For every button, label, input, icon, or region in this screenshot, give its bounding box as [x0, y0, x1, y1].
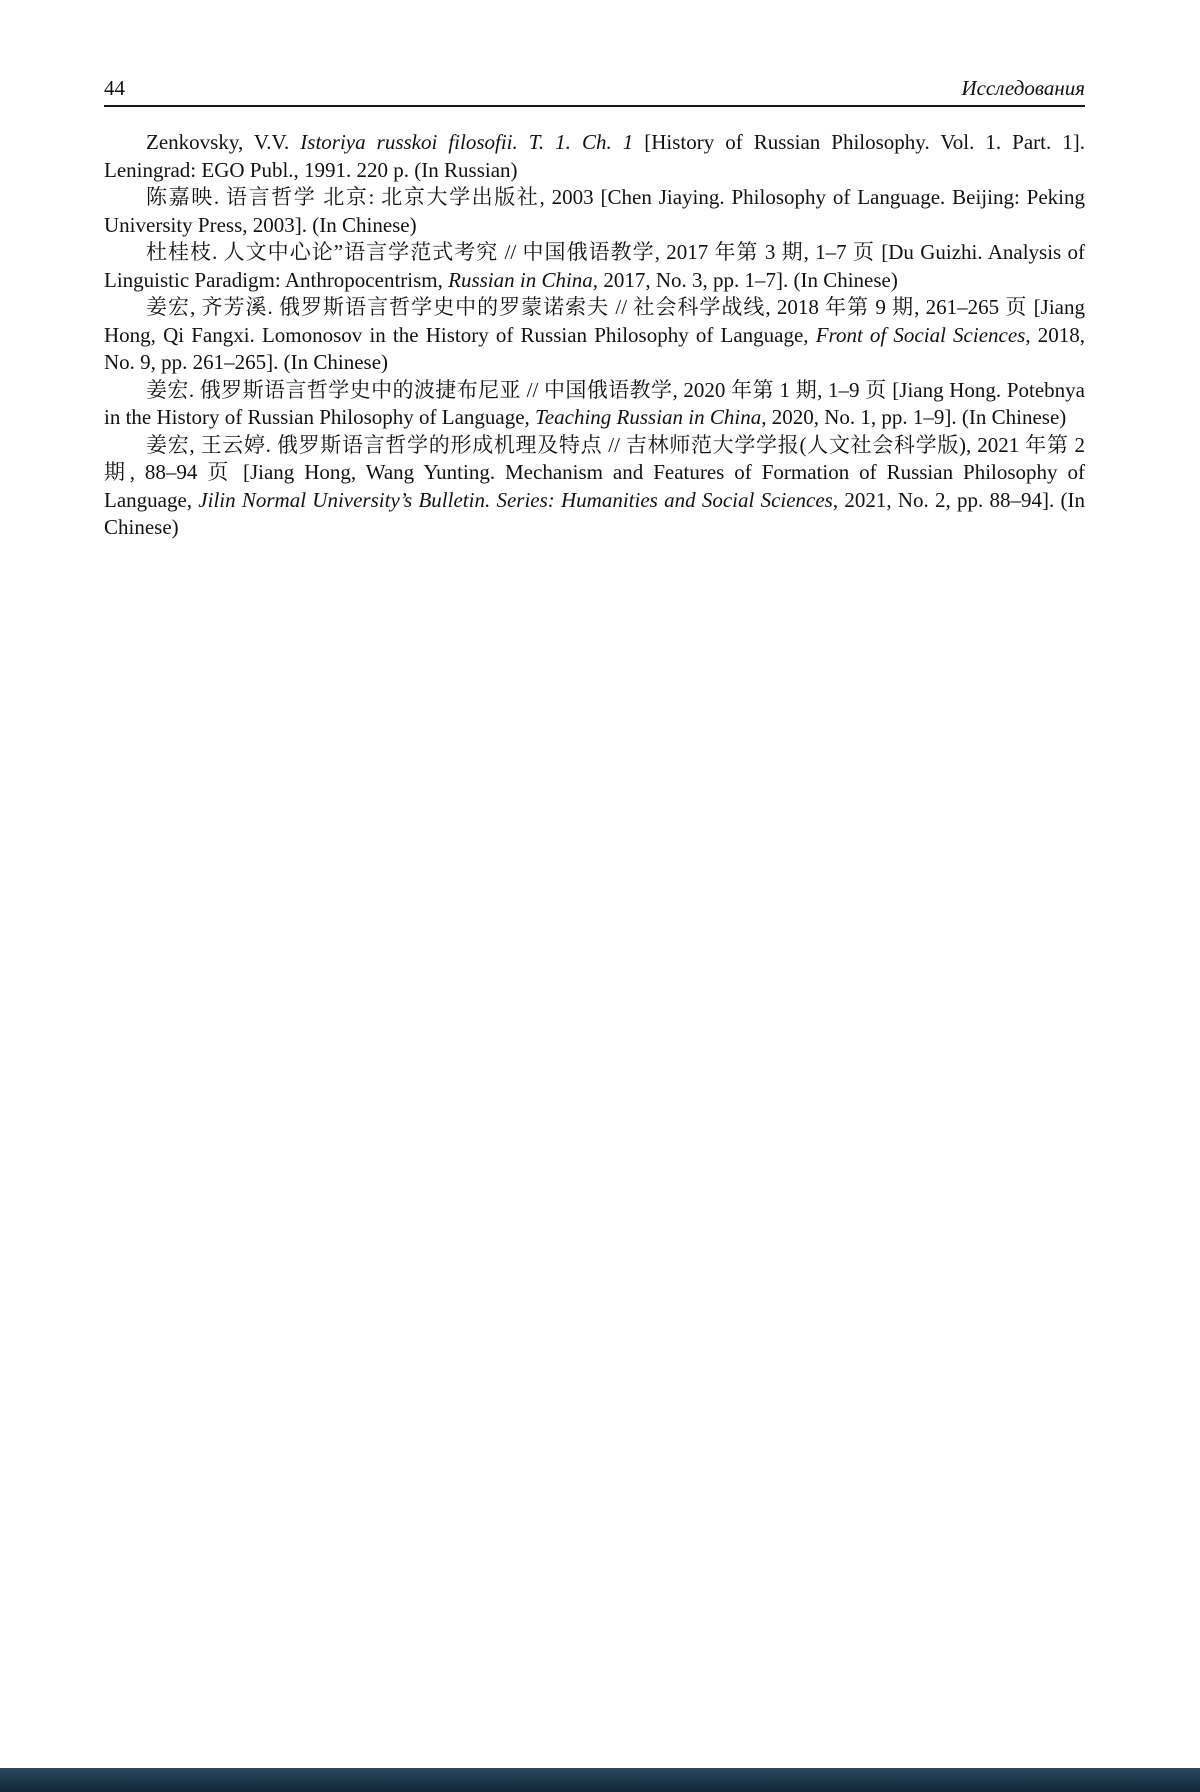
- reference-entry: 姜宏. 俄罗斯语言哲学史中的波捷布尼亚 // 中国俄语教学, 2020 年第 1…: [104, 377, 1085, 432]
- document-page: 44 Исследования Zenkovsky, V.V. Istoriya…: [0, 0, 1200, 1792]
- reference-entry: Zenkovsky, V.V. Istoriya russkoi filosof…: [104, 129, 1085, 184]
- reference-entry: 姜宏, 齐芳溪. 俄罗斯语言哲学史中的罗蒙诺索夫 // 社会科学战线, 2018…: [104, 294, 1085, 377]
- reference-text: 2017, No. 3, pp. 1–7]. (In Chinese): [598, 268, 898, 292]
- reference-title-italic: Russian in China,: [448, 268, 598, 292]
- reference-title-italic: Front of Social Sciences: [816, 323, 1026, 347]
- reference-title-italic: Jilin Normal University’s Bulletin. Seri…: [198, 488, 833, 512]
- running-head: Исследования: [961, 76, 1085, 100]
- reference-text: Zenkovsky, V.V.: [146, 130, 300, 154]
- reference-text: , 2020, No. 1, pp. 1–9]. (In Chinese): [761, 405, 1066, 429]
- reference-text: 陈嘉映. 语言哲学 北京: 北京大学出版社, 2003 [Chen Jiayin…: [104, 185, 1085, 237]
- reference-title-italic: Teaching Russian in China: [535, 405, 761, 429]
- references-list: Zenkovsky, V.V. Istoriya russkoi filosof…: [104, 129, 1085, 542]
- bottom-edge-bar: [0, 1768, 1200, 1792]
- reference-title-italic: Istoriya russkoi filosofii. T. 1. Ch. 1: [300, 130, 633, 154]
- reference-entry: 杜桂枝. 人文中心论”语言学范式考究 // 中国俄语教学, 2017 年第 3 …: [104, 239, 1085, 294]
- reference-entry: 姜宏, 王云婷. 俄罗斯语言哲学的形成机理及特点 // 吉林师范大学学报(人文社…: [104, 432, 1085, 542]
- reference-entry: 陈嘉映. 语言哲学 北京: 北京大学出版社, 2003 [Chen Jiayin…: [104, 184, 1085, 239]
- page-header: 44 Исследования: [104, 0, 1085, 107]
- page-number: 44: [104, 76, 125, 100]
